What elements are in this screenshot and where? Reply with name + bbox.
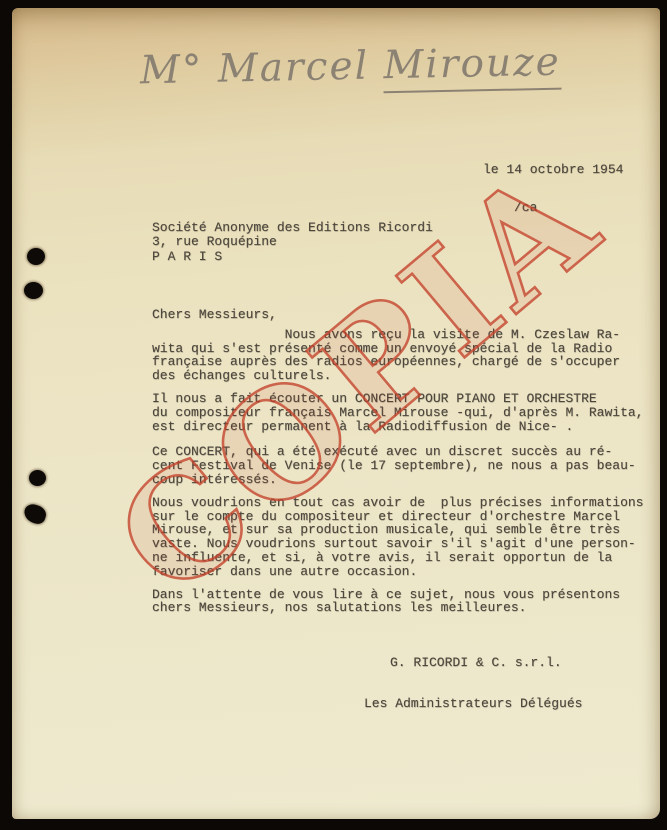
body-paragraph: Nous avons reçu la visite de M. Czeslaw … bbox=[152, 328, 664, 383]
address-line: P A R I S bbox=[152, 250, 433, 264]
address-line: 3, rue Roquépine bbox=[152, 235, 433, 249]
body-paragraph: Ce CONCERT, qui a été exécuté avec un di… bbox=[152, 445, 664, 486]
punch-hole bbox=[24, 282, 43, 299]
punch-hole bbox=[22, 502, 48, 526]
body-paragraph: Nous voudrions en tout cas avoir de plus… bbox=[152, 496, 664, 579]
signature-company: G. RICORDI & C. s.r.l. bbox=[364, 656, 664, 670]
recipient-address: Société Anonyme des Editions Ricordi 3, … bbox=[152, 221, 433, 264]
punch-hole bbox=[29, 470, 46, 486]
handwritten-annotation: M° Marcel Mirouze bbox=[140, 40, 562, 94]
letter-paper: M° Marcel Mirouze le 14 octobre 1954 /ca… bbox=[12, 8, 660, 819]
signature-block: G. RICORDI & C. s.r.l. Les Administrateu… bbox=[364, 628, 664, 738]
body-paragraph: Il nous a fait écouter un CONCERT POUR P… bbox=[152, 392, 664, 433]
body-paragraph: Dans l'attente de vous lire à ce sujet, … bbox=[152, 588, 664, 616]
handwriting-name: Mirouze bbox=[383, 40, 561, 94]
signature-role: Les Administrateurs Délégués bbox=[364, 697, 664, 711]
salutation: Chers Messieurs, bbox=[152, 308, 664, 322]
address-line: Société Anonyme des Editions Ricordi bbox=[152, 221, 433, 235]
punch-hole bbox=[27, 248, 45, 265]
handwriting-prefix: M° Marcel bbox=[140, 43, 384, 93]
letter-body: Chers Messieurs, Nous avons reçu la visi… bbox=[152, 308, 664, 739]
typist-reference: /ca bbox=[514, 201, 537, 215]
scanned-letter: M° Marcel Mirouze le 14 octobre 1954 /ca… bbox=[0, 0, 667, 830]
date-line: le 14 octobre 1954 bbox=[483, 163, 623, 177]
